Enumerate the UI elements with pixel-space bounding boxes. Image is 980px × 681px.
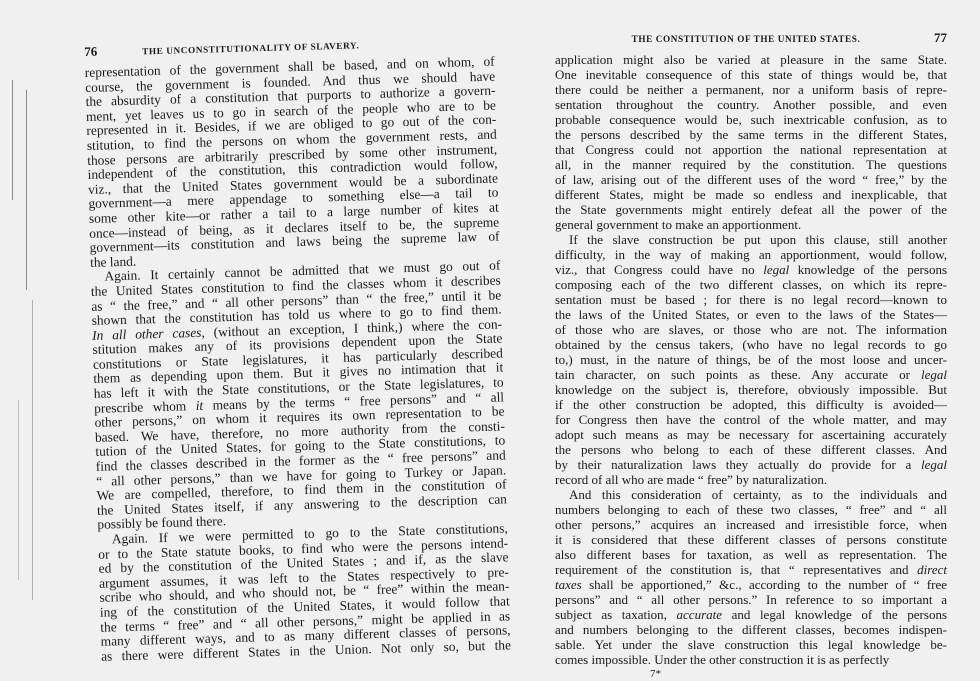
book-spread: 76 THE UNCONSTITUTIONALITY OF SLAVERY. r…	[0, 0, 980, 681]
text-line: there could be neither a permanent, nor …	[555, 82, 947, 97]
text-line: subject as taxation, accurate and legal …	[555, 607, 947, 622]
text-line: adopt such means as may be necessary for…	[555, 427, 947, 442]
text-line: different States, might be made so endle…	[555, 187, 947, 202]
left-page: 76 THE UNCONSTITUTIONALITY OF SLAVERY. r…	[84, 33, 511, 665]
text-line: application might also be varied at plea…	[555, 52, 947, 67]
signature-mark: 7*	[555, 668, 947, 680]
text-line: also different bases for taxation, as we…	[555, 547, 947, 562]
text-line: sable. Yet under the slave construction …	[555, 637, 947, 652]
text-line: If the slave construction be put upon th…	[555, 232, 947, 247]
left-page-body: representation of the government shall b…	[85, 55, 512, 665]
text-line: all, in the manner required by the const…	[555, 157, 947, 172]
text-line: difficulty, in the way of making an appo…	[555, 247, 947, 262]
text-line: general government to make an apportionm…	[555, 217, 947, 232]
running-head-title: THE UNCONSTITUTIONALITY OF SLAVERY.	[142, 37, 494, 57]
text-line: if the other construction be adopted, th…	[555, 397, 947, 412]
text-line: it is considered that these different cl…	[555, 532, 947, 547]
text-line: other persons,” acquires an increased an…	[555, 517, 947, 532]
text-line: of those who are slaves, or those who ar…	[555, 322, 947, 337]
text-line: and numbers belonging to the different c…	[555, 622, 947, 637]
text-line: taxes shall be apportioned,” &c., accord…	[555, 577, 947, 592]
text-line: sentation throughout the country. Anothe…	[555, 97, 947, 112]
text-line: the State governments might entirely def…	[555, 202, 947, 217]
text-line: And this consideration of certainty, as …	[555, 487, 947, 502]
text-line: composing each of the two different clas…	[555, 277, 947, 292]
text-line: that Congress could not apportion the na…	[555, 142, 947, 157]
text-line: the laws of the United States, or even t…	[555, 307, 947, 322]
text-line: of law, arising out of the different use…	[555, 172, 947, 187]
text-line: persons” and “ all other persons.” In re…	[555, 592, 947, 607]
right-page: THE CONSTITUTION OF THE UNITED STATES. 7…	[555, 30, 947, 680]
text-line: obtained by the census takers, (who have…	[555, 337, 947, 352]
text-line: record of all who are made “ free” by na…	[555, 472, 947, 487]
text-line: comes impossible. Under the other constr…	[555, 652, 947, 667]
scan-edge-marks	[10, 80, 38, 660]
text-line: numbers belonging to each of these two c…	[555, 502, 947, 517]
right-running-head: THE CONSTITUTION OF THE UNITED STATES. 7…	[555, 30, 947, 48]
text-line: sentation must be based ; for there is n…	[555, 292, 947, 307]
text-line: One inevitable consequence of this state…	[555, 67, 947, 82]
running-head-title: THE CONSTITUTION OF THE UNITED STATES.	[555, 34, 917, 44]
page-number: 76	[84, 42, 142, 60]
text-line: by their naturalization laws they actual…	[555, 457, 947, 472]
text-line: knowledge on the subject is, therefore, …	[555, 382, 947, 397]
text-line: tain character, on such points as these.…	[555, 367, 947, 382]
text-line: requirement of the constitution is, that…	[555, 562, 947, 577]
right-page-body: application might also be varied at plea…	[555, 52, 947, 667]
page-number: 77	[917, 30, 947, 46]
text-line: to,) must, in the nature of things, be o…	[555, 352, 947, 367]
text-line: viz., that Congress could have no legal …	[555, 262, 947, 277]
text-line: the persons described by the same terms …	[555, 127, 947, 142]
text-line: the persons who belong to each of these …	[555, 442, 947, 457]
text-line: for Congress then have the control of th…	[555, 412, 947, 427]
text-line: probable consequence would be, such inex…	[555, 112, 947, 127]
